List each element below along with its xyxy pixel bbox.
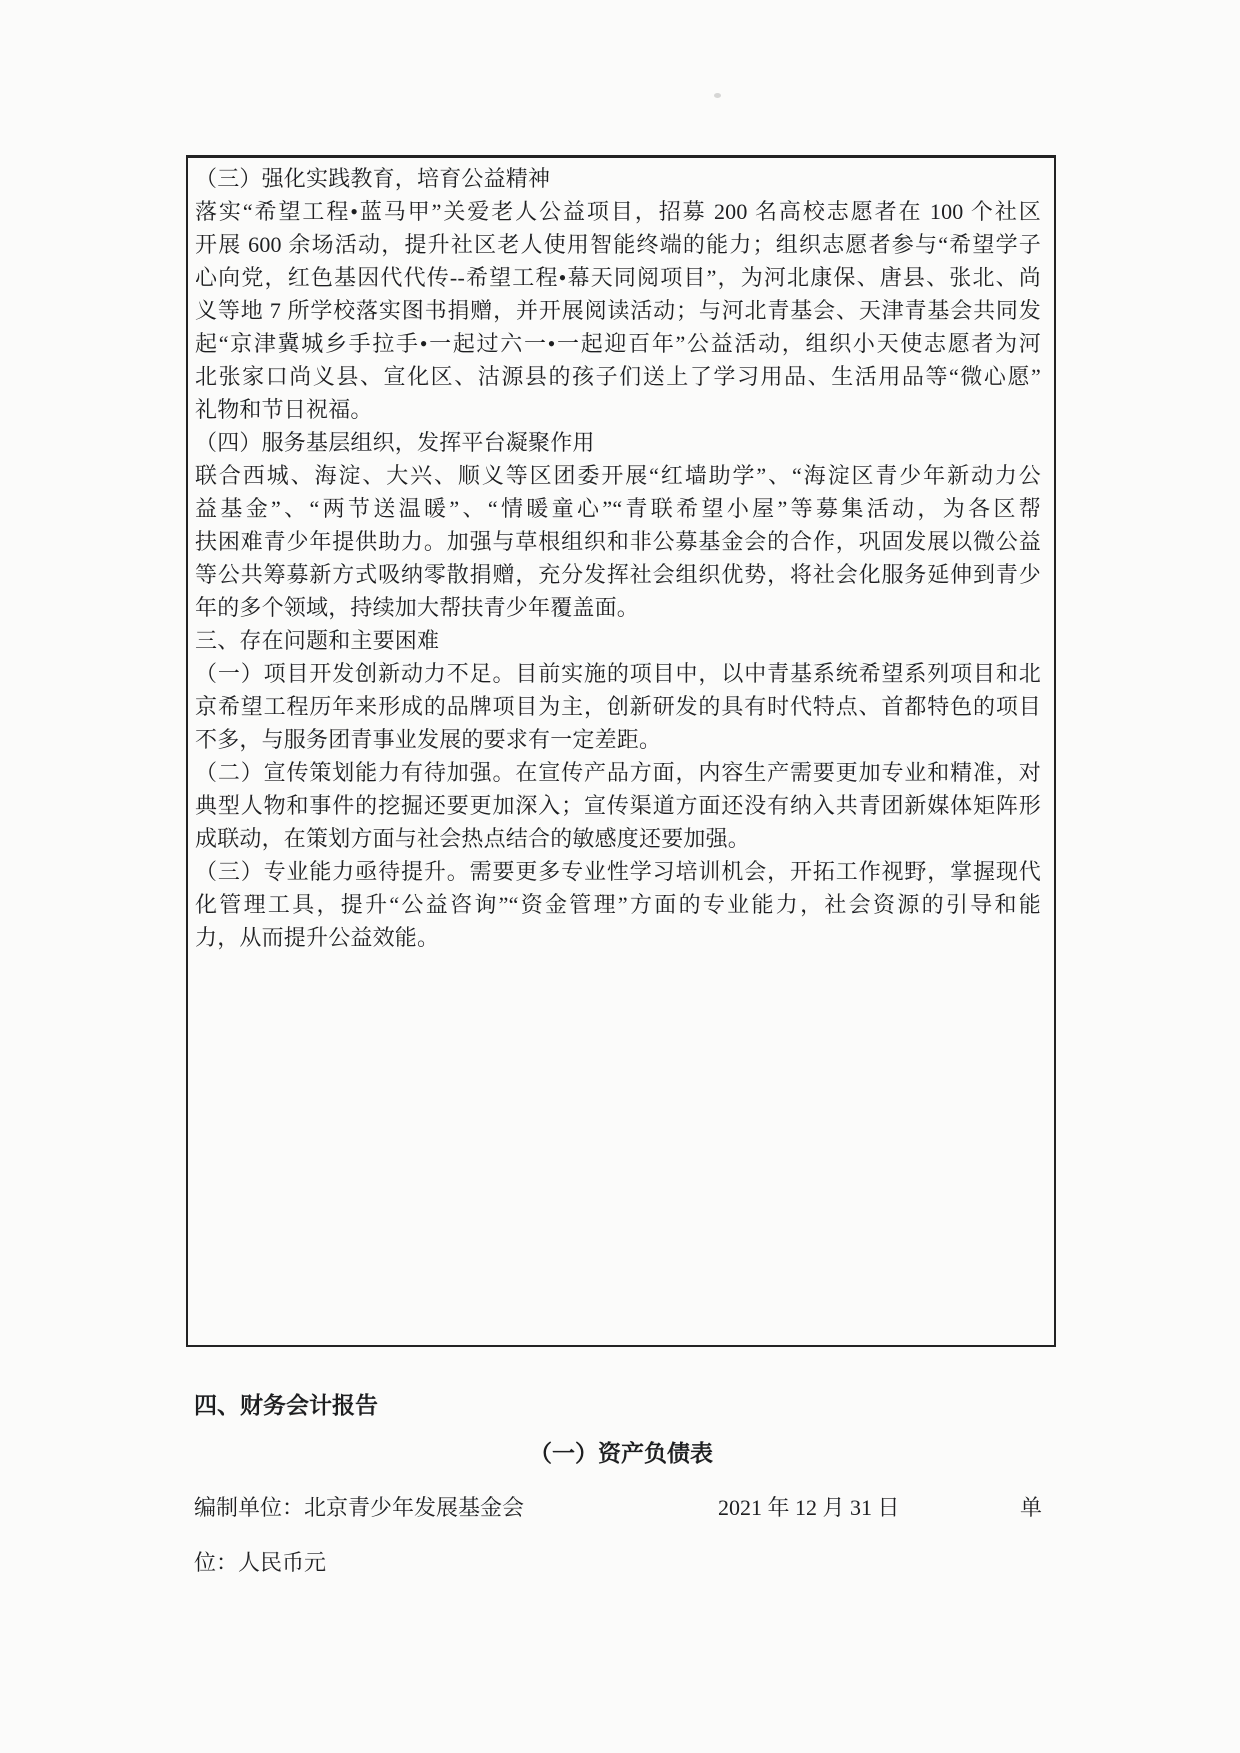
box-line: （三）专业能力亟待提升。需要更多专业性学习培训机会，开拓工作视野，掌握现代: [195, 855, 1041, 888]
box-line: （四）服务基层组织，发挥平台凝聚作用: [195, 426, 1041, 459]
box-line: 三、存在问题和主要困难: [195, 624, 1041, 657]
prepared-by-row: 编制单位：北京青少年发展基金会 2021 年 12 月 31 日 单: [186, 1491, 1056, 1524]
box-line: 等公共筹募新方式吸纳零散捐赠，充分发挥社会组织优势，将社会化服务延伸到青少: [195, 558, 1041, 591]
box-line: 开展 600 余场活动，提升社区老人使用智能终端的能力；组织志愿者参与“希望学子: [195, 228, 1041, 261]
box-line: （三）强化实践教育，培育公益精神: [195, 162, 1041, 195]
prepared-by-label: 编制单位：北京青少年发展基金会: [194, 1491, 524, 1524]
box-line: （二）宣传策划能力有待加强。在宣传产品方面，内容生产需要更加专业和精准，对: [195, 756, 1041, 789]
box-line: 年的多个领域，持续加大帮扶青少年覆盖面。: [195, 591, 1041, 624]
box-line: （一）项目开发创新动力不足。目前实施的项目中，以中青基系统希望系列项目和北: [195, 657, 1041, 690]
box-line: 联合西城、海淀、大兴、顺义等区团委开展“红墙助学”、“海淀区青少年新动力公: [195, 459, 1041, 492]
balance-sheet-heading: （一）资产负债表: [529, 1440, 713, 1466]
report-date: 2021 年 12 月 31 日: [718, 1491, 900, 1524]
box-line: 礼物和节日祝福。: [195, 393, 1041, 426]
box-line: 北张家口尚义县、宣化区、沽源县的孩子们送上了学习用品、生活用品等“微心愿”: [195, 360, 1041, 393]
box-line: 起“京津冀城乡手拉手•一起过六一•一起迎百年”公益活动，组织小天使志愿者为河: [195, 327, 1041, 360]
financial-report-heading: 四、财务会计报告: [194, 1390, 378, 1420]
unit-label-overflow: 单: [1020, 1491, 1042, 1524]
scan-speck: [714, 93, 721, 98]
box-line: 京希望工程历年来形成的品牌项目为主，创新研发的具有时代特点、首都特色的项目: [195, 690, 1041, 723]
box-line: 心向党，红色基因代代传--希望工程•幕天同阅项目”，为河北康保、唐县、张北、尚: [195, 261, 1041, 294]
balance-sheet-heading-row: （一）资产负债表: [186, 1438, 1056, 1468]
box-line: 典型人物和事件的挖掘还要更加深入；宣传渠道方面还没有纳入共青团新媒体矩阵形: [195, 789, 1041, 822]
box-line: 不多，与服务团青事业发展的要求有一定差距。: [195, 723, 1041, 756]
box-line: 益基金”、“两节送温暖”、“情暖童心”“青联希望小屋”等募集活动，为各区帮: [195, 492, 1041, 525]
box-line: 扶困难青少年提供助力。加强与草根组织和非公募基金会的合作，巩固发展以微公益: [195, 525, 1041, 558]
box-line: 成联动，在策划方面与社会热点结合的敏感度还要加强。: [195, 822, 1041, 855]
report-text-box: （三）强化实践教育，培育公益精神落实“希望工程•蓝马甲”关爱老人公益项目，招募 …: [186, 155, 1056, 1347]
box-line: 落实“希望工程•蓝马甲”关爱老人公益项目，招募 200 名高校志愿者在 100 …: [195, 195, 1041, 228]
box-line: 化管理工具，提升“公益咨询”“资金管理”方面的专业能力，社会资源的引导和能: [195, 888, 1041, 921]
unit-label-continuation: 位：人民币元: [194, 1546, 326, 1579]
box-line: 力，从而提升公益效能。: [195, 921, 1041, 954]
document-page: （三）强化实践教育，培育公益精神落实“希望工程•蓝马甲”关爱老人公益项目，招募 …: [0, 0, 1240, 1753]
box-line: 义等地 7 所学校落实图书捐赠，并开展阅读活动；与河北青基会、天津青基会共同发: [195, 294, 1041, 327]
